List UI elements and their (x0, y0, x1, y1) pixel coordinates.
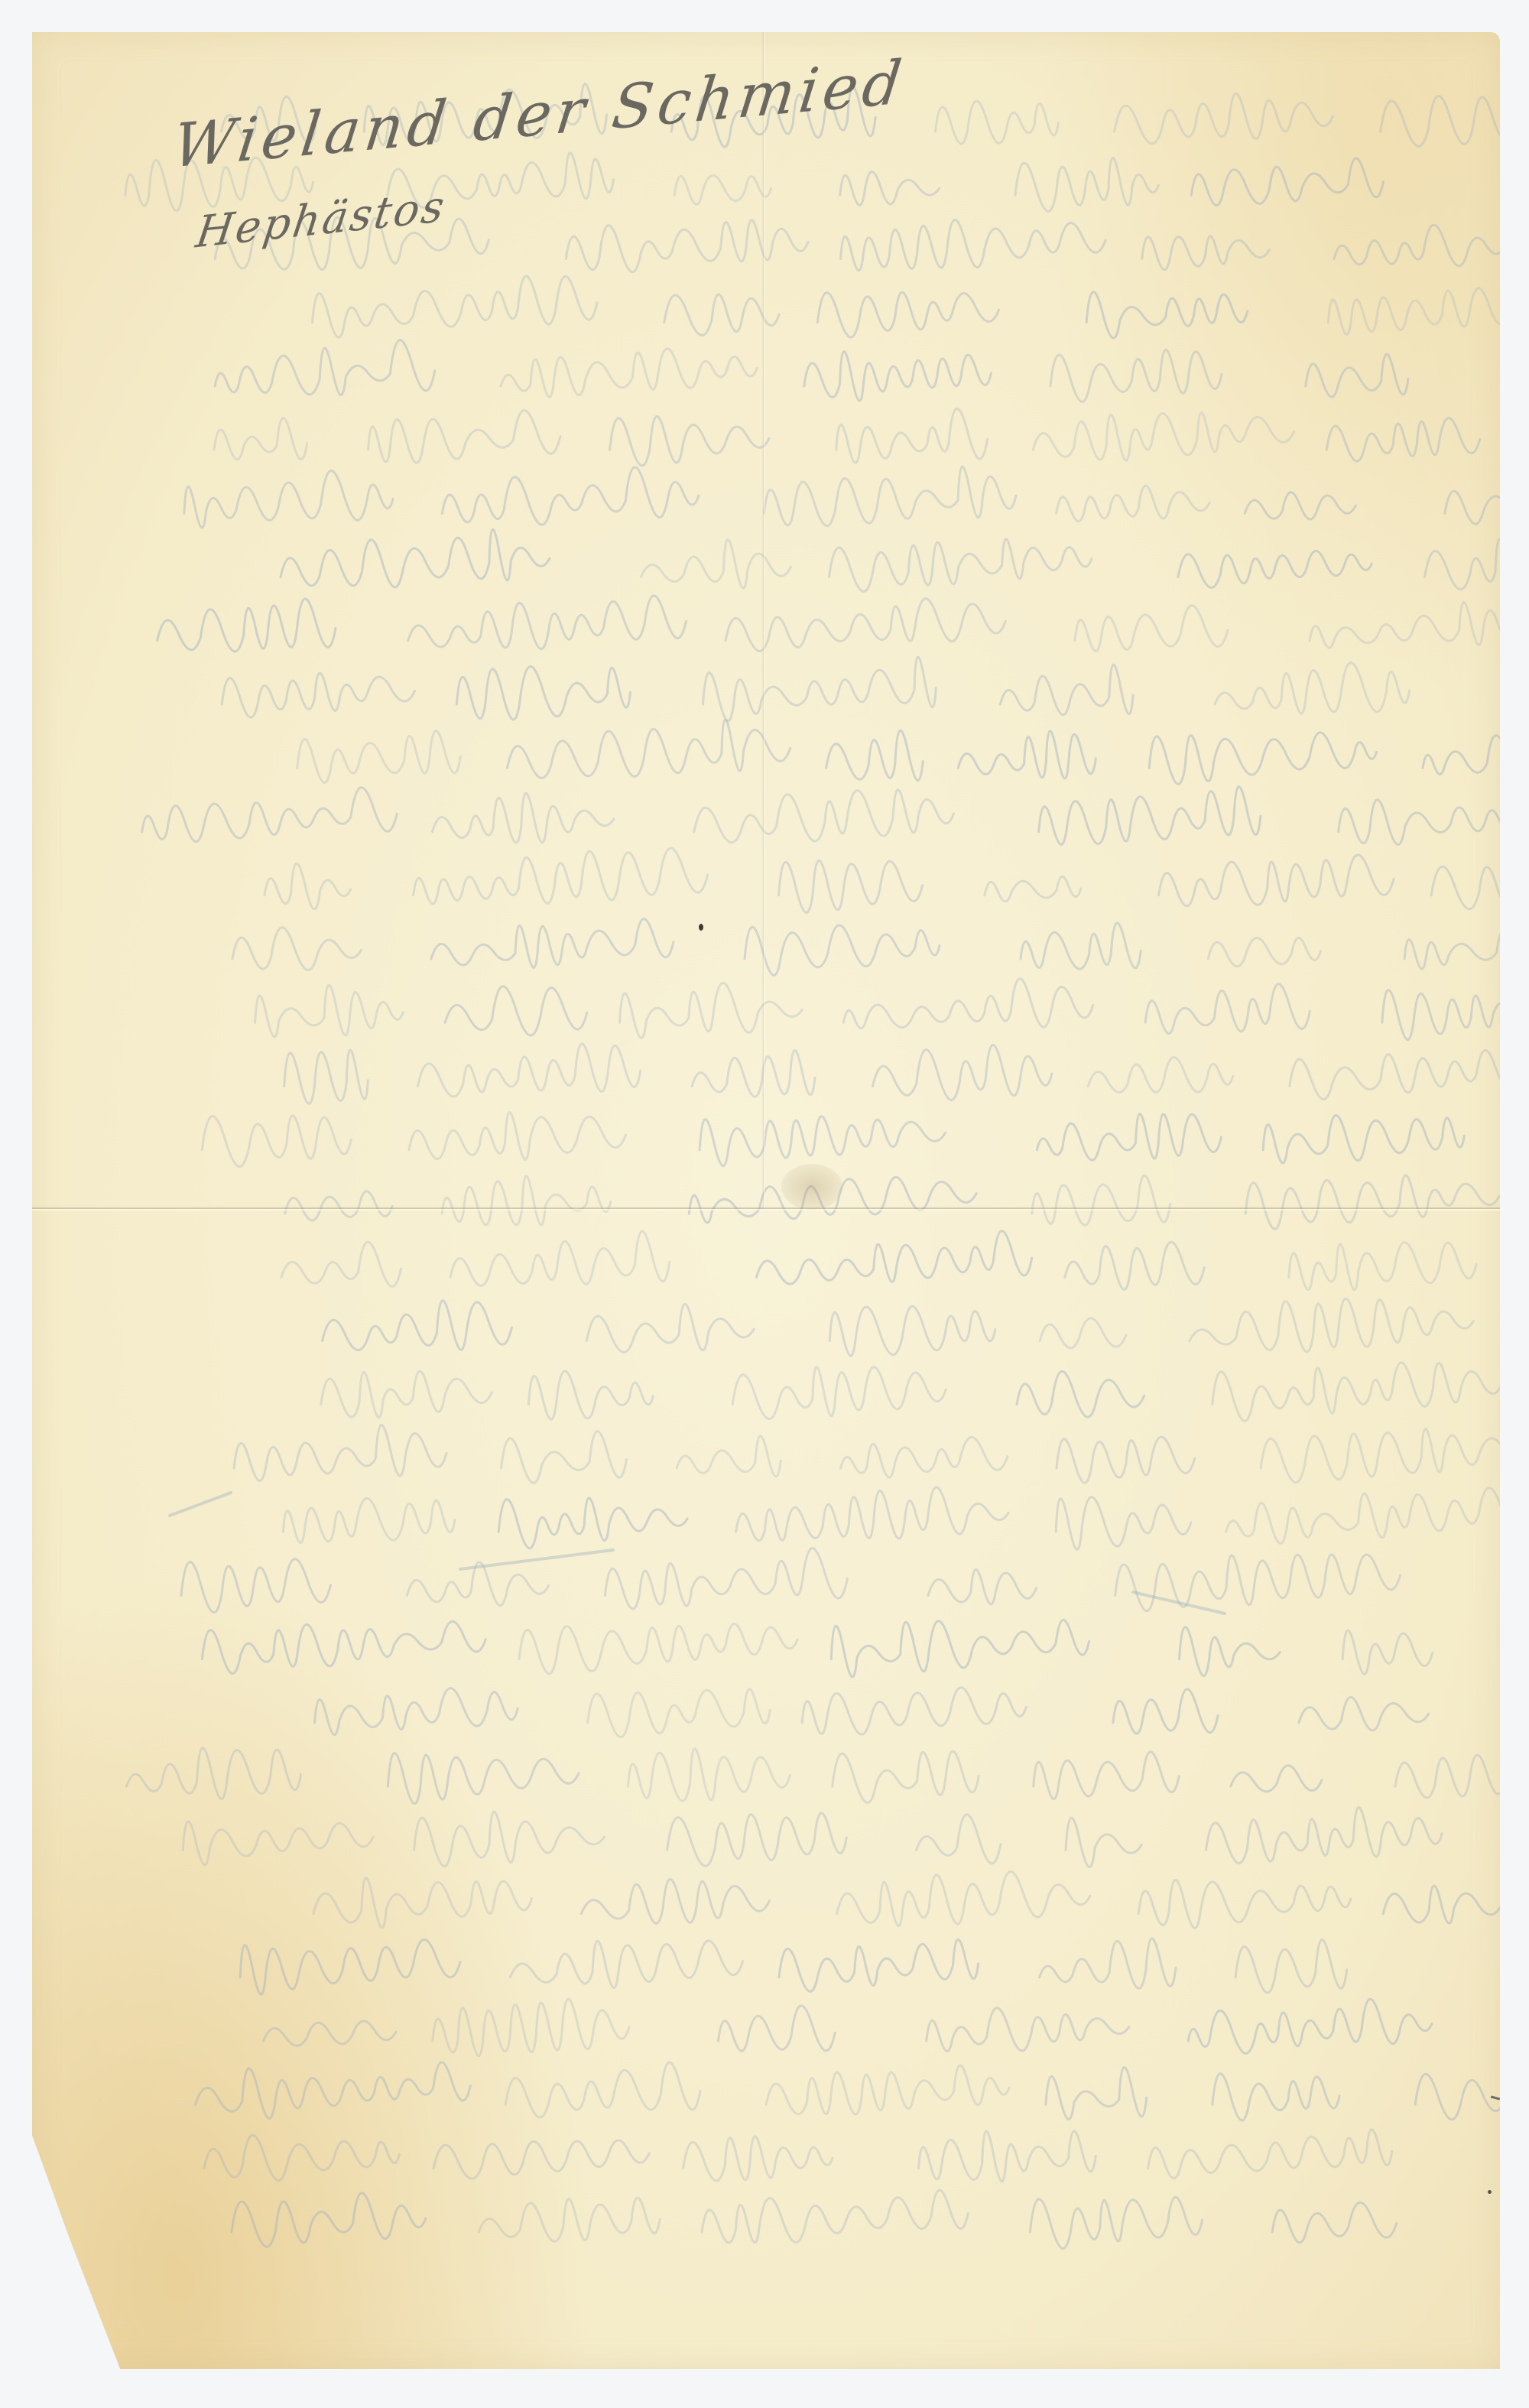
pencil-annotation-title: Wieland der Schmied (169, 48, 909, 182)
ink-speck (1488, 2190, 1492, 2194)
ink-speck (699, 924, 703, 931)
vertical-fold-crease (762, 32, 765, 1210)
fold-stain (781, 1164, 842, 1210)
pencil-annotation-subtitle: Hephästos (193, 181, 450, 258)
show-through-handwriting (32, 32, 1500, 2369)
letter-sheet: Wieland der Schmied Hephästos (32, 32, 1500, 2369)
edge-mark (1491, 2095, 1500, 2100)
horizontal-fold-crease (32, 1207, 1500, 1211)
